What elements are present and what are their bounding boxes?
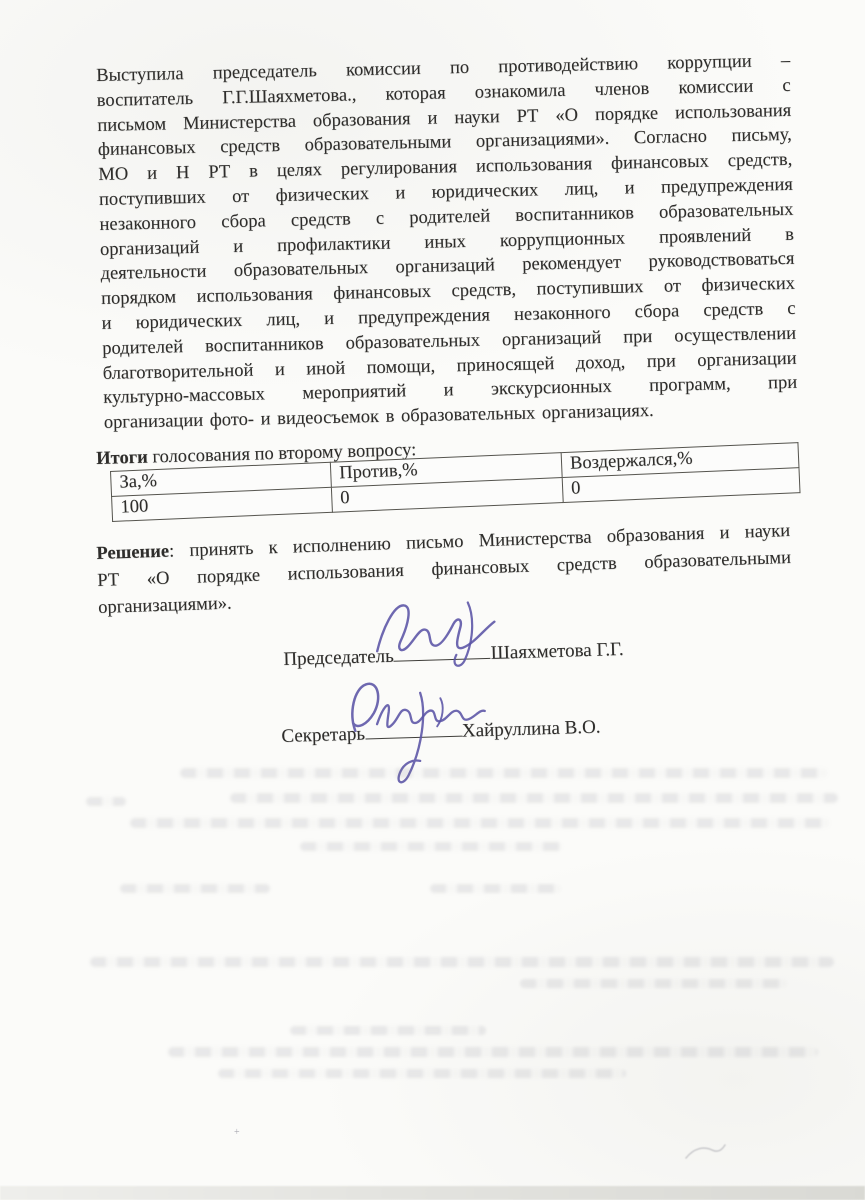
- bleed-through-line: [520, 979, 788, 988]
- bleed-through-line: [86, 797, 126, 806]
- votes-heading-bold: Итоги: [96, 448, 148, 469]
- speech-paragraph: Выступила председатель комиссии по проти…: [96, 49, 798, 436]
- bleed-through-line: [130, 818, 830, 828]
- bleed-through-line: [290, 1026, 486, 1035]
- bleed-through-line: [90, 957, 834, 967]
- scan-bottom-edge: [0, 1186, 865, 1200]
- secretary-signature-row: Секретарь Хайруллина В.О.: [281, 714, 601, 748]
- bleed-through-line: [120, 884, 270, 893]
- scan-scribble: [682, 1138, 728, 1164]
- secretary-signature-underline: [365, 718, 463, 740]
- chairman-signature-underline: [393, 640, 491, 662]
- bleed-through-line: [230, 793, 838, 803]
- bleed-through-line: [168, 1047, 818, 1057]
- bleed-through-line: [218, 1069, 626, 1078]
- decision-label: Решение: [96, 542, 169, 564]
- bleed-through-line: [180, 768, 828, 778]
- chairman-signature-row: Председатель Шаяхметова Г.Г.: [283, 636, 624, 671]
- chairman-signature-ink: [370, 589, 522, 673]
- bleed-through-line: [430, 884, 562, 893]
- bleed-through-line: [300, 842, 562, 851]
- scanned-document-page: Выступила председатель комиссии по проти…: [0, 0, 865, 1200]
- scan-speck: +: [234, 1128, 240, 1138]
